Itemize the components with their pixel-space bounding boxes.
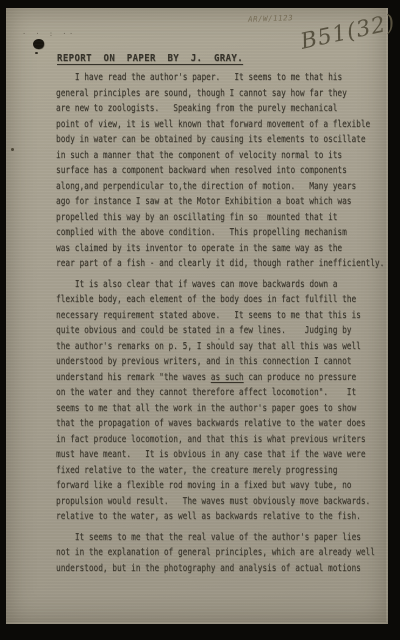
text-line: in fact produce locomotion, and that thi… — [56, 432, 390, 448]
text-line: body in water can be obtained by causing… — [56, 132, 390, 148]
text-line: It is also clear that if waves can move … — [56, 277, 390, 293]
text-line: forward like a flexible rod moving in a … — [56, 478, 390, 494]
text-line: not in the explanation of general princi… — [56, 545, 390, 561]
handwritten-catalog-number: B51(32) — [298, 10, 397, 54]
text-line: in such a manner that the component of v… — [56, 148, 390, 164]
text-line: on the water and they cannot therefore a… — [56, 385, 390, 401]
paper-speck — [11, 148, 14, 151]
text-line: complied with the above condition. This … — [56, 225, 390, 241]
text-line: rear part of a fish - and clearly it did… — [56, 256, 390, 272]
text-line: flexible body, each element of the body … — [56, 292, 390, 308]
text-line: are new to zoologists. Speaking from the… — [56, 101, 390, 117]
text-line: understood by previous writers, and in t… — [56, 354, 390, 370]
text-line: the author's remarks on p. 5, I should s… — [56, 339, 390, 355]
text-line: ago for instance I saw at the Motor Exhi… — [56, 194, 390, 210]
document-body: I have read the author's paper. It seems… — [56, 70, 390, 581]
pencil-reference-annotation: AR/W/1123 — [248, 13, 293, 24]
text-line: surface has a component backward when re… — [56, 163, 390, 179]
text-line: propelled this way by an oscillating fin… — [56, 210, 390, 226]
text-line: was claimed by its inventor to operate i… — [56, 241, 390, 257]
text-line: along,and perpendicular to,the direction… — [56, 179, 390, 195]
scan-background: { "annotations": { "pencil_ref": "AR/W/1… — [0, 0, 400, 640]
ink-speck — [35, 52, 38, 54]
text-line: fixed relative to the water, the creatur… — [56, 463, 390, 479]
text-line: It seems to me that the real value of th… — [56, 530, 390, 546]
text-line: that the propagation of waves backwards … — [56, 416, 390, 432]
text-line: seems to me that all the work in the aut… — [56, 401, 390, 417]
text-line: point of view, it is well known that for… — [56, 117, 390, 133]
text-line: understand his remark "the waves as such… — [56, 370, 390, 386]
text-line: propulsion would result. The waves must … — [56, 494, 390, 510]
text-line: general principles are sound, though I c… — [56, 86, 390, 102]
text-line: necessary requirement stated above. It s… — [56, 308, 390, 324]
paragraph: It is also clear that if waves can move … — [56, 277, 390, 525]
report-title: REPORT ON PAPER BY J. GRAY. — [57, 53, 243, 64]
text-line: quite obvious and could be stated in a f… — [56, 323, 390, 339]
scanned-page: · · : ·· AR/W/1123 B51(32) REPORT ON PAP… — [6, 8, 388, 624]
text-line: I have read the author's paper. It seems… — [56, 70, 390, 86]
text-line: understood, but in the photography and a… — [56, 561, 390, 577]
paragraph: I have read the author's paper. It seems… — [56, 70, 390, 272]
text-line: relative to the water, as well as backwa… — [56, 509, 390, 525]
text-line: must have meant. It is obvious in any ca… — [56, 447, 390, 463]
paragraph: It seems to me that the real value of th… — [56, 530, 390, 577]
ink-blot — [33, 39, 44, 49]
pencil-marks: · · : ·· — [22, 30, 76, 38]
